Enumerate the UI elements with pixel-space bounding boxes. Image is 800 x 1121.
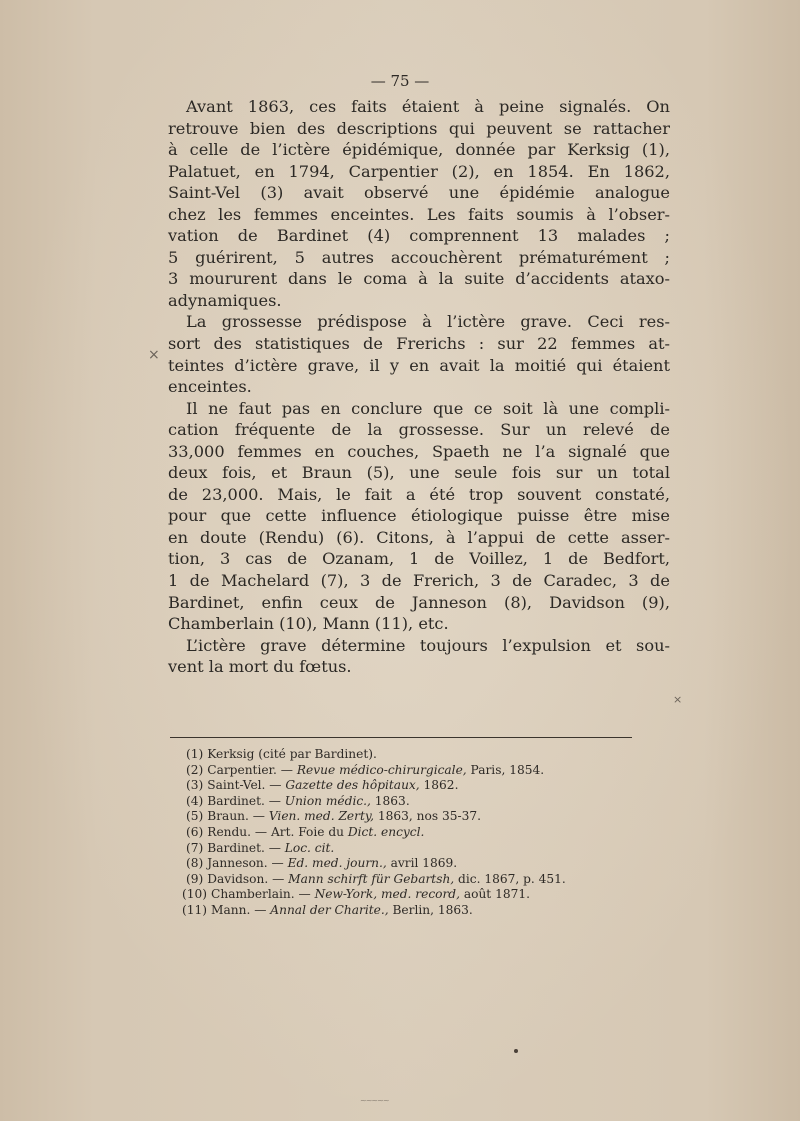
footnote: (1)Kerksig (cité par Bardinet). — [186, 747, 646, 763]
text-line: de 23,000. Mais, le fait a été trop souv… — [168, 484, 670, 506]
footnote-divider — [170, 737, 632, 738]
text-line: chez les femmes enceintes. Les faits sou… — [168, 204, 670, 226]
text-line: deux fois, et Braun (5), une seule fois … — [168, 462, 670, 484]
footnote: (6)Rendu. — Art. Foie du Dict. encycl. — [186, 825, 646, 841]
footnote: (9)Davidson. — Mann schirft für Gebartsh… — [186, 872, 646, 888]
text-line: Palatuet, en 1794, Carpentier (2), en 18… — [168, 161, 670, 183]
text-line: 5 guérirent, 5 autres accouchèrent préma… — [168, 247, 670, 269]
paper-speck — [514, 1049, 518, 1053]
ink-smudge: ~~~~~ — [360, 1096, 389, 1105]
text-line: pour que cette influence étiologique pui… — [168, 505, 670, 527]
text-line: à celle de l’ictère épidémique, donnée p… — [168, 139, 670, 161]
footnote: (2)Carpentier. — Revue médico-chirurgica… — [186, 763, 646, 779]
text-line: en doute (Rendu) (6). Citons, à l’appui … — [168, 527, 670, 549]
footnote: (5)Braun. — Vien. med. Zerty, 1863, nos … — [186, 809, 646, 825]
text-line: adynamiques. — [168, 290, 670, 312]
footnotes: (1)Kerksig (cité par Bardinet). (2)Carpe… — [186, 747, 646, 919]
text-line: vation de Bardinet (4) comprennent 13 ma… — [168, 225, 670, 247]
body-text: Avant 1863, ces faits étaient à peine si… — [168, 96, 670, 678]
text-line: La grossesse prédispose à l’ictère grave… — [168, 311, 670, 333]
text-line: Chamberlain (10), Mann (11), etc. — [168, 613, 670, 635]
text-line: Il ne faut pas en conclure que ce soit l… — [168, 398, 670, 420]
footnote: (4)Bardinet. — Union médic., 1863. — [186, 794, 646, 810]
text-line: retrouve bien des descriptions qui peuve… — [168, 118, 670, 140]
pencil-margin-mark: × — [148, 347, 160, 363]
footnote: (3)Saint-Vel. — Gazette des hôpitaux, 18… — [186, 778, 646, 794]
text-line: 33,000 femmes en couches, Spaeth ne l’a … — [168, 441, 670, 463]
footnote: (10)Chamberlain. — New-York, med. record… — [186, 887, 646, 903]
text-line: teintes d’ictère grave, il y en avait la… — [168, 355, 670, 377]
text-line: vent la mort du fœtus. — [168, 656, 670, 678]
text-line: Saint-Vel (3) avait observé une épidémie… — [168, 182, 670, 204]
text-line: tion, 3 cas de Ozanam, 1 de Voillez, 1 d… — [168, 548, 670, 570]
scanned-book-page: — 75 — Avant 1863, ces faits étaient à p… — [0, 0, 800, 1121]
page-number: — 75 — — [0, 72, 800, 90]
footnote: (7)Bardinet. — Loc. cit. — [186, 841, 646, 857]
text-line: cation fréquente de la grossesse. Sur un… — [168, 419, 670, 441]
text-line: sort des statistiques de Frerichs : sur … — [168, 333, 670, 355]
text-line: Avant 1863, ces faits étaient à peine si… — [168, 96, 670, 118]
text-line: 3 moururent dans le coma à la suite d’ac… — [168, 268, 670, 290]
footnote: (8)Janneson. — Ed. med. journ., avril 18… — [186, 856, 646, 872]
footnote: (11)Mann. — Annal der Charite., Berlin, … — [186, 903, 646, 919]
text-line: L’ictère grave détermine toujours l’expu… — [168, 635, 670, 657]
text-line: Bardinet, enfin ceux de Janneson (8), Da… — [168, 592, 670, 614]
pencil-margin-mark: × — [673, 693, 682, 706]
text-line: 1 de Machelard (7), 3 de Frerich, 3 de C… — [168, 570, 670, 592]
text-line: enceintes. — [168, 376, 670, 398]
